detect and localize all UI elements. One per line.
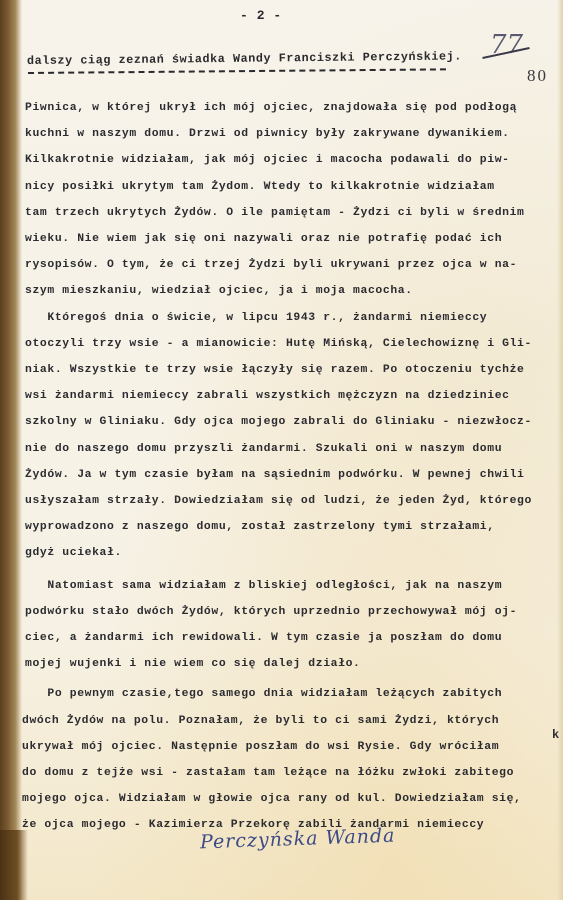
document-heading: dalszy ciąg zeznań świadka Wandy Francis… bbox=[27, 49, 462, 68]
text-line: szkolny w Gliniaku. Gdy ojca mojego zabr… bbox=[25, 416, 532, 428]
text-line: szym mieszkaniu, wiedział ojciec, ja i m… bbox=[25, 285, 413, 297]
heading-underline bbox=[28, 68, 446, 74]
archive-page-number: 80 bbox=[527, 66, 548, 86]
text-line: Po pewnym czasie,tego samego dnia widzia… bbox=[25, 688, 502, 700]
text-line: rysopisów. O tym, że ci trzej Żydzi byli… bbox=[25, 259, 517, 271]
document-page: - 2 - dalszy ciąg zeznań świadka Wandy F… bbox=[0, 0, 563, 900]
text-line: wyprowadzono z naszego domu, został zast… bbox=[25, 521, 495, 533]
text-line: gdyż uciekał. bbox=[25, 547, 122, 559]
text-line: Kilkakrotnie widziałam, jak mój ojciec i… bbox=[25, 154, 510, 166]
text-line: nicy posiłki ukrytym tam Żydom. Wtedy to… bbox=[25, 181, 495, 193]
text-line: ciec, a żandarmi ich rewidowali. W tym c… bbox=[25, 632, 502, 644]
text-line: niak. Wszystkie te trzy wsie łączyły się… bbox=[25, 364, 525, 376]
text-line: Któregoś dnia o świcie, w lipcu 1943 r.,… bbox=[25, 312, 487, 324]
text-line: mojego ojca. Widziałam w głowie ojca ran… bbox=[22, 793, 522, 805]
text-line: tam trzech ukrytych Żydów. O ile pamięta… bbox=[25, 207, 525, 219]
text-line: do domu z tejże wsi - zastałam tam leżąc… bbox=[22, 767, 514, 779]
text-line: ukrywał mój ojciec. Następnie poszłam do… bbox=[22, 741, 499, 753]
binding-shadow bbox=[0, 0, 22, 900]
text-line: wieku. Nie wiem jak się oni nazywali ora… bbox=[25, 233, 502, 245]
page-edge bbox=[557, 0, 563, 900]
text-line: usłyszałam strzały. Dowiedziałam się od … bbox=[25, 495, 532, 507]
text-line: dwóch Żydów na polu. Poznałam, że byli t… bbox=[22, 715, 499, 727]
text-line: podwórku stało dwóch Żydów, których uprz… bbox=[25, 606, 517, 618]
text-line: wsi żandarmi niemieccy zabrali wszystkic… bbox=[25, 390, 510, 402]
binding-shadow-bottom bbox=[0, 830, 28, 900]
text-line: Żydów. Ja w tym czasie byłam na sąsiedni… bbox=[25, 469, 525, 481]
text-line: mojej wujenki i nie wiem co się dalej dz… bbox=[25, 658, 361, 670]
page-number: - 2 - bbox=[240, 8, 282, 23]
text-line: otoczyli trzy wsie - a mianowicie: Hutę … bbox=[25, 338, 532, 350]
text-line: Piwnica, w której ukrył ich mój ojciec, … bbox=[25, 102, 517, 114]
margin-mark: k bbox=[552, 728, 559, 742]
text-line: Natomiast sama widziałam z bliskiej odle… bbox=[25, 580, 502, 592]
text-line: kuchni w naszym domu. Drzwi od piwnicy b… bbox=[25, 128, 510, 140]
text-line: nie do naszego domu przyszli żandarmi. S… bbox=[25, 443, 502, 455]
